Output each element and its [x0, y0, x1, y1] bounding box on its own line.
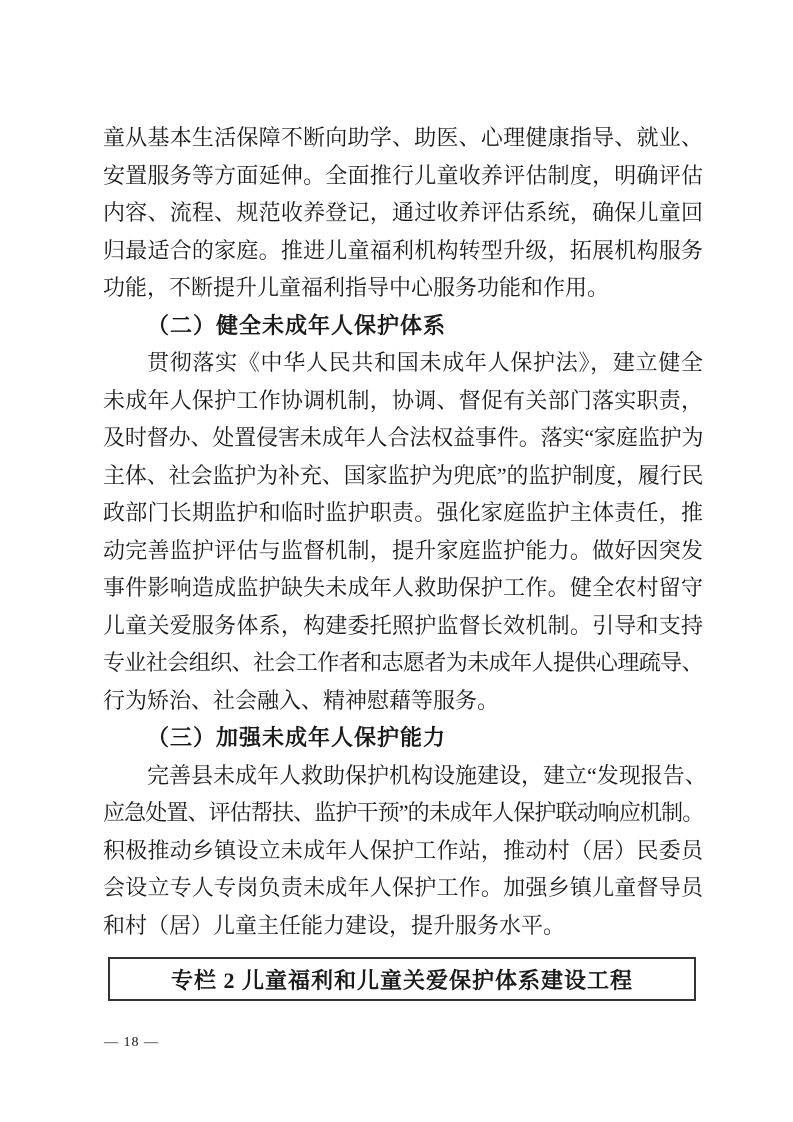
section-heading-3: （三）加强未成年人保护能力 [103, 719, 703, 757]
text-line: 安置服务等方面延伸。全面推行儿童收养评估制度，明确评估 [103, 157, 703, 195]
paragraph-child-welfare-services: 童从基本生活保障不断向助学、助医、心理健康指导、就业、安置服务等方面延伸。全面推… [103, 119, 703, 307]
text-line: 政部门长期监护和临时监护职责。强化家庭监护主体责任，推 [103, 494, 703, 532]
text-line: 主体、社会监护为补充、国家监护为兜底”的监护制度，履行民 [103, 457, 703, 495]
paragraph-minor-protection-capacity: 完善县未成年人救助保护机构设施建设，建立“发现报告、应急处置、评估帮扶、监护干预… [103, 757, 703, 945]
text-line: 行为矫治、社会融入、精神慰藉等服务。 [103, 682, 703, 720]
text-line: 贯彻落实《中华人民共和国未成年人保护法》，建立健全 [103, 344, 703, 382]
text-line: 儿童关爱服务体系，构建委托照护监督长效机制。引导和支持 [103, 607, 703, 645]
document-body: 童从基本生活保障不断向助学、助医、心理健康指导、就业、安置服务等方面延伸。全面推… [103, 119, 703, 944]
paragraph-minor-protection-system: 贯彻落实《中华人民共和国未成年人保护法》，建立健全未成年人保护工作协调机制，协调… [103, 344, 703, 719]
text-line: 专业社会组织、社会工作者和志愿者为未成年人提供心理疏导、 [103, 644, 703, 682]
text-line: 会设立专人专岗负责未成年人保护工作。加强乡镇儿童督导员 [103, 869, 703, 907]
text-line: 童从基本生活保障不断向助学、助医、心理健康指导、就业、 [103, 119, 703, 157]
text-line: 及时督办、处置侵害未成年人合法权益事件。落实“家庭监护为 [103, 419, 703, 457]
section-heading-2: （二）健全未成年人保护体系 [103, 307, 703, 345]
page-number: — 18 — [104, 1035, 159, 1051]
text-line: 动完善监护评估与监督机制，提升家庭监护能力。做好因突发 [103, 532, 703, 570]
text-line: 归最适合的家庭。推进儿童福利机构转型升级，拓展机构服务 [103, 232, 703, 270]
column-2-title: 专栏 2 儿童福利和儿童关爱保护体系建设工程 [171, 964, 633, 995]
text-line: 未成年人保护工作协调机制，协调、督促有关部门落实职责， [103, 382, 703, 420]
text-line: 应急处置、评估帮扶、监护干预”的未成年人保护联动响应机制。 [103, 794, 703, 832]
text-line: 完善县未成年人救助保护机构设施建设，建立“发现报告、 [103, 757, 703, 795]
text-line: 功能，不断提升儿童福利指导中心服务功能和作用。 [103, 269, 703, 307]
text-line: 积极推动乡镇设立未成年人保护工作站，推动村（居）民委员 [103, 832, 703, 870]
text-line: 内容、流程、规范收养登记，通过收养评估系统，确保儿童回 [103, 194, 703, 232]
document-page: 童从基本生活保障不断向助学、助医、心理健康指导、就业、安置服务等方面延伸。全面推… [0, 0, 793, 1122]
text-line: 事件影响造成监护缺失未成年人救助保护工作。健全农村留守 [103, 569, 703, 607]
column-2-title-box: 专栏 2 儿童福利和儿童关爱保护体系建设工程 [108, 957, 696, 1001]
text-line: 和村（居）儿童主任能力建设，提升服务水平。 [103, 907, 703, 945]
